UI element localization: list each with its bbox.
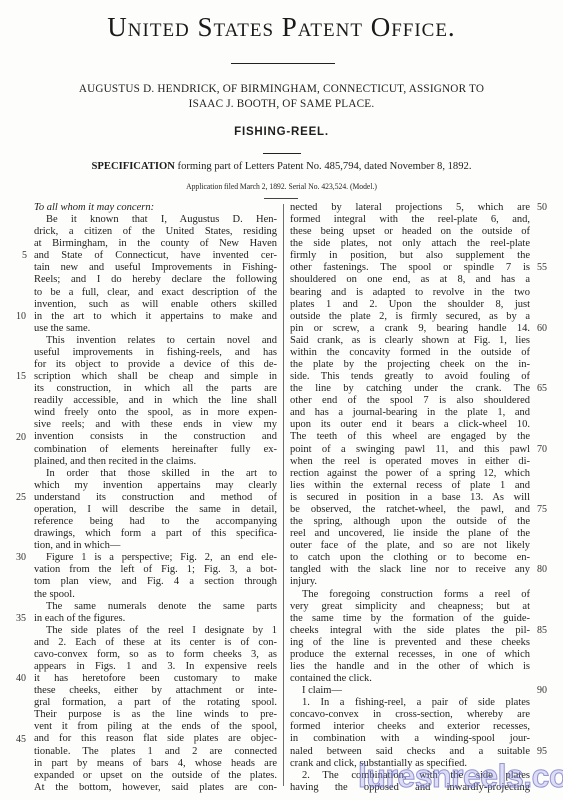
text-line: side. This tends greatly to avoid foulin… bbox=[290, 371, 530, 383]
text-line: and has a journal-bearing in the plate 1… bbox=[290, 407, 530, 419]
text-line: lies within the external recess of plate… bbox=[290, 480, 530, 492]
text-line: the spring, although upon the outside of… bbox=[290, 516, 530, 528]
text-line: which my invention appertains may clearl… bbox=[34, 480, 277, 492]
text-line: very great simplicity and cheapness; but… bbox=[290, 601, 530, 613]
text-line: Their purpose is as the line winds to pr… bbox=[34, 709, 277, 721]
invention-title: FISHING-REEL. bbox=[0, 126, 563, 138]
text-line: The teeth of this wheel are engaged by t… bbox=[290, 431, 530, 443]
text-line: firmly in position, but also supplement … bbox=[290, 250, 530, 262]
text-line: in the art to which it appertains to mak… bbox=[34, 311, 277, 323]
text-line: vation from the left of Fig. 1; Fig. 3, … bbox=[34, 564, 277, 576]
text-line: the line by catching under the crank. Th… bbox=[290, 383, 530, 395]
text-line: The same numerals denote the same parts bbox=[34, 601, 277, 613]
text-line: and 2. Each of these at its center is of… bbox=[34, 637, 277, 649]
text-line: vent it from piling at the ends of the s… bbox=[34, 721, 277, 733]
text-line: concavo-convex in cross-section, whereby… bbox=[290, 709, 530, 721]
line-number: 5 bbox=[22, 250, 27, 261]
text-line: the spool. bbox=[34, 589, 277, 601]
assignor-line-1: AUGUSTUS D. HENDRICK, OF BIRMINGHAM, CON… bbox=[0, 82, 563, 97]
text-line: outside the plate 2, is firmly secured, … bbox=[290, 311, 530, 323]
text-line: in part by means of bars 4, whose heads … bbox=[34, 758, 277, 770]
title-rule bbox=[231, 63, 335, 64]
text-line: nected by lateral projections 5, which a… bbox=[290, 202, 530, 214]
text-line: The foregoing construction forms a reel … bbox=[290, 589, 530, 601]
specification-text: forming part of Letters Patent No. 485,7… bbox=[175, 161, 472, 172]
line-number: 80 bbox=[537, 564, 547, 575]
text-line: in each of the figures. bbox=[34, 613, 277, 625]
line-number: 10 bbox=[16, 311, 26, 322]
text-line: shouldered on one end, as at 8, and has … bbox=[290, 274, 530, 286]
text-line: At the bottom, however, said plates are … bbox=[34, 782, 277, 794]
text-line: tion, and in which— bbox=[34, 540, 277, 552]
column-divider bbox=[283, 204, 284, 786]
text-line: these cheeks, either by attachment or in… bbox=[34, 685, 277, 697]
text-line: and State of Connecticut, have invented … bbox=[34, 250, 277, 262]
text-line: In order that those skilled in the art t… bbox=[34, 468, 277, 480]
text-line: for its object to provide a device of th… bbox=[34, 359, 277, 371]
page-title: United States Patent Office. bbox=[0, 12, 563, 43]
left-text-column: To all whom it may concern:Be it known t… bbox=[34, 202, 277, 794]
line-number: 70 bbox=[537, 444, 547, 455]
text-line: plates 1 and 2. Upon the shoulder 8, jus… bbox=[290, 299, 530, 311]
text-line: Figure 1 is a perspective; Fig. 2, an en… bbox=[34, 552, 277, 564]
text-line: appears in Figs. 1 and 3. In expensive r… bbox=[34, 661, 277, 673]
text-line: cavo-convex form, so as to form cheeks 3… bbox=[34, 649, 277, 661]
line-number: 50 bbox=[537, 202, 547, 213]
text-line: tionable. The plates 1 and 2 are connect… bbox=[34, 746, 277, 758]
text-line: when the reel is operated moves in eithe… bbox=[290, 456, 530, 468]
text-line: and for this reason flat side plates are… bbox=[34, 733, 277, 745]
line-number: 75 bbox=[537, 504, 547, 515]
text-line: to catch upon the clothing or to become … bbox=[290, 552, 530, 564]
line-number: 85 bbox=[537, 625, 547, 636]
text-line: ing of the line is prevented and these c… bbox=[290, 637, 530, 649]
assignor-block: AUGUSTUS D. HENDRICK, OF BIRMINGHAM, CON… bbox=[0, 82, 563, 112]
text-line: the same time by the formation of the gu… bbox=[290, 613, 530, 625]
text-line: upon its outer end it bears a click-whee… bbox=[290, 419, 530, 431]
text-line: the plate by the projecting cheek on the… bbox=[290, 359, 530, 371]
line-number: 15 bbox=[16, 371, 26, 382]
line-number: 20 bbox=[16, 432, 26, 443]
text-line: these being upset or headed on the outsi… bbox=[290, 226, 530, 238]
text-line: plained, and then recited in the claims. bbox=[34, 456, 277, 468]
text-line: To all whom it may concern: bbox=[34, 202, 277, 214]
line-number: 95 bbox=[537, 746, 547, 757]
text-line: readily accessible, and in which the lin… bbox=[34, 395, 277, 407]
text-line: naled between said checks and a suitable bbox=[290, 746, 530, 758]
text-line: scription which shall be cheap and simpl… bbox=[34, 371, 277, 383]
text-line: other fastenings. The spool or spindle 7… bbox=[290, 262, 530, 274]
text-line: at Birmingham, in the county of New Have… bbox=[34, 238, 277, 250]
text-line: lies the handle and in the other of whic… bbox=[290, 661, 530, 673]
text-line: produce the external recesses, in one of… bbox=[290, 649, 530, 661]
text-line: to be a full, clear, and exact descripti… bbox=[34, 287, 277, 299]
text-line: expanded or upset on the outside of the … bbox=[34, 770, 277, 782]
text-line: Said crank, as is clearly shown at Fig. … bbox=[290, 335, 530, 347]
text-line: reel and uncovered, lie inside the plane… bbox=[290, 528, 530, 540]
application-filed-line: Application filed March 2, 1892. Serial … bbox=[23, 182, 541, 191]
text-line: its construction, in which all the parts… bbox=[34, 383, 277, 395]
text-line: it has heretofore been customary to make bbox=[34, 673, 277, 685]
text-line: formed interior cheeks and exterior rece… bbox=[290, 721, 530, 733]
text-line: 1. In a fishing-reel, a pair of side pla… bbox=[290, 697, 530, 709]
text-line: combination of elements hereinafter full… bbox=[34, 444, 277, 456]
text-line: gral formation, a part of the rotating s… bbox=[34, 697, 277, 709]
text-line: invention consists in the construction a… bbox=[34, 431, 277, 443]
text-line: contained the click. bbox=[290, 673, 530, 685]
text-line: injury. bbox=[290, 576, 530, 588]
line-number: 35 bbox=[16, 613, 26, 624]
line-number: 90 bbox=[537, 685, 547, 696]
text-line: invention, such as will enable others sk… bbox=[34, 299, 277, 311]
text-line: outer face of the plate, and so are not … bbox=[290, 540, 530, 552]
text-line: tangled with the slack line nor to recei… bbox=[290, 564, 530, 576]
text-line: cheeks integral with the side plates the… bbox=[290, 625, 530, 637]
text-line: within the concavity formed in the outsi… bbox=[290, 347, 530, 359]
text-line: The side plates of the reel I designate … bbox=[34, 625, 277, 637]
text-line: reference being had to the accompanying bbox=[34, 516, 277, 528]
watermark: luresnreels.com bbox=[358, 758, 563, 795]
invention-rule bbox=[263, 153, 301, 154]
text-line: This invention relates to certain novel … bbox=[34, 335, 277, 347]
text-line: useful improvements in fishing-reels, an… bbox=[34, 347, 277, 359]
text-line: understand its construction and method o… bbox=[34, 492, 277, 504]
specification-label: SPECIFICATION bbox=[92, 161, 175, 172]
line-number: 25 bbox=[16, 492, 26, 503]
text-line: tain new and useful Improvements in Fish… bbox=[34, 262, 277, 274]
line-number: 55 bbox=[537, 262, 547, 273]
right-text-column: nected by lateral projections 5, which a… bbox=[290, 202, 530, 794]
line-number: 65 bbox=[537, 383, 547, 394]
text-line: tom plan view, and Fig. 4 a section thro… bbox=[34, 576, 277, 588]
text-line: Reels; and I do hereby declare the follo… bbox=[34, 274, 277, 286]
text-line: wind freely onto the spool, as in more e… bbox=[34, 407, 277, 419]
text-line: drawings, which form a part of this spec… bbox=[34, 528, 277, 540]
line-number: 40 bbox=[16, 673, 26, 684]
text-line: bearing and is adapted to revolve in the… bbox=[290, 287, 530, 299]
text-line: drick, a citizen of the United States, r… bbox=[34, 226, 277, 238]
text-line: rection against the power of a spring 12… bbox=[290, 468, 530, 480]
specification-line: SPECIFICATION forming part of Letters Pa… bbox=[0, 161, 563, 172]
text-line: formed integral with the reel-plate 6, a… bbox=[290, 214, 530, 226]
line-number: 60 bbox=[537, 323, 547, 334]
text-line: sive reels; and with these ends in view … bbox=[34, 419, 277, 431]
filed-rule bbox=[264, 198, 298, 199]
text-line: other end of the spool 7 is also shoulde… bbox=[290, 395, 530, 407]
text-line: use the same. bbox=[34, 323, 277, 335]
text-line: is secured in position in a base 13. As … bbox=[290, 492, 530, 504]
text-line: the side plates, not only attach the ree… bbox=[290, 238, 530, 250]
assignor-line-2: ISAAC J. BOOTH, OF SAME PLACE. bbox=[0, 97, 563, 112]
text-line: operation, I will describe the same in d… bbox=[34, 504, 277, 516]
line-number: 30 bbox=[16, 552, 26, 563]
text-line: I claim— bbox=[290, 685, 530, 697]
text-line: be observed, the ratchet-wheel, the pawl… bbox=[290, 504, 530, 516]
text-line: pin or screw, a crank 9, bearing handle … bbox=[290, 323, 530, 335]
text-line: in combination with a winding-spool jour… bbox=[290, 733, 530, 745]
text-line: Be it known that I, Augustus D. Hen- bbox=[34, 214, 277, 226]
text-line: point of a swinging pawl 11, and this pa… bbox=[290, 444, 530, 456]
line-number: 45 bbox=[16, 734, 26, 745]
